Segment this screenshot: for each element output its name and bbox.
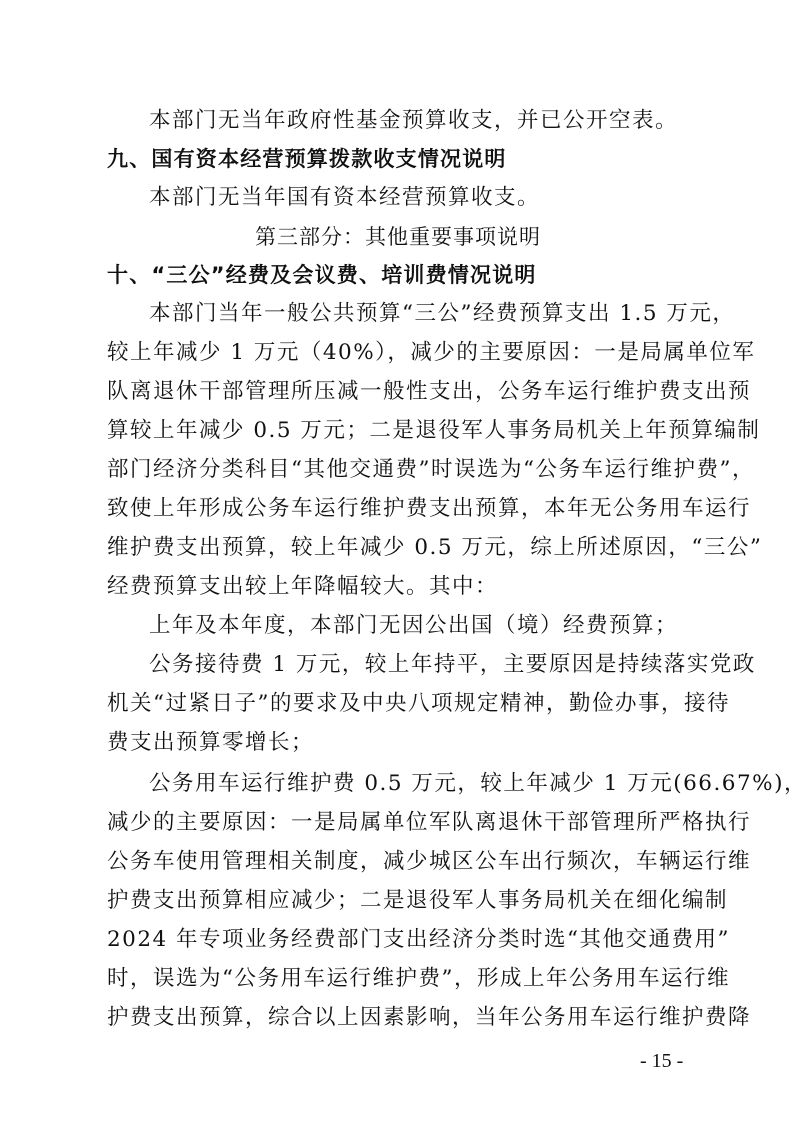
paragraph-line: 护费支出预算，综合以上因素影响，当年公务用车运行维护费降 (107, 1005, 697, 1031)
paragraph-line: 公务用车运行维护费 0.5 万元，较上年减少 1 万元(66.67%)， (149, 771, 739, 797)
paragraph-line: 本部门无当年国有资本经营预算收支。 (149, 185, 739, 211)
paragraph-line: 2024 年专项业务经费部门支出经济分类时选“其他交通费用” (107, 927, 697, 953)
paragraph-line: 本部门当年一般公共预算“三公”经费预算支出 1.5 万元， (149, 301, 739, 327)
paragraph-line: 部门经济分类科目“其他交通费”时误选为“公务车运行维护费”， (107, 457, 697, 483)
paragraph-line: 费支出预算零增长； (107, 730, 697, 756)
paragraph-line: 机关“过紧日子”的要求及中央八项规定精神，勤俭办事，接待 (107, 691, 697, 717)
part-title: 第三部分：其他重要事项说明 (255, 224, 793, 250)
paragraph-line: 算较上年减少 0.5 万元；二是退役军人事务局机关上年预算编制 (107, 418, 697, 444)
paragraph-line: 本部门无当年政府性基金预算收支，并已公开空表。 (149, 108, 739, 134)
section-heading: 十、“三公”经费及会议费、培训费情况说明 (107, 262, 697, 288)
paragraph-line: 减少的主要原因：一是局属单位军队离退休干部管理所严格执行 (107, 810, 697, 836)
paragraph-line: 上年及本年度，本部门无因公出国（境）经费预算； (149, 613, 739, 639)
paragraph-line: 致使上年形成公务车运行维护费支出预算，本年无公务用车运行 (107, 496, 697, 522)
paragraph-line: 经费预算支出较上年降幅较大。其中： (107, 574, 697, 600)
paragraph-line: 公务接待费 1 万元，较上年持平，主要原因是持续落实党政 (149, 652, 739, 678)
paragraph-line: 时，误选为“公务用车运行维护费”，形成上年公务用车运行维 (107, 966, 697, 992)
paragraph-line: 较上年减少 1 万元（40%），减少的主要原因：一是局属单位军 (107, 340, 697, 366)
paragraph-line: 公务车使用管理相关制度，减少城区公车出行频次，车辆运行维 (107, 849, 697, 875)
document-page: 本部门无当年政府性基金预算收支，并已公开空表。 九、国有资本经营预算拨款收支情况… (0, 0, 793, 1122)
paragraph-line: 护费支出预算相应减少；二是退役军人事务局机关在细化编制 (107, 888, 697, 914)
page-number: - 15 - (640, 1050, 683, 1073)
paragraph-line: 队离退休干部管理所压减一般性支出，公务车运行维护费支出预 (107, 379, 697, 405)
section-heading: 九、国有资本经营预算拨款收支情况说明 (107, 146, 697, 172)
paragraph-line: 维护费支出预算，较上年减少 0.5 万元，综上所述原因，“三公” (107, 535, 697, 561)
